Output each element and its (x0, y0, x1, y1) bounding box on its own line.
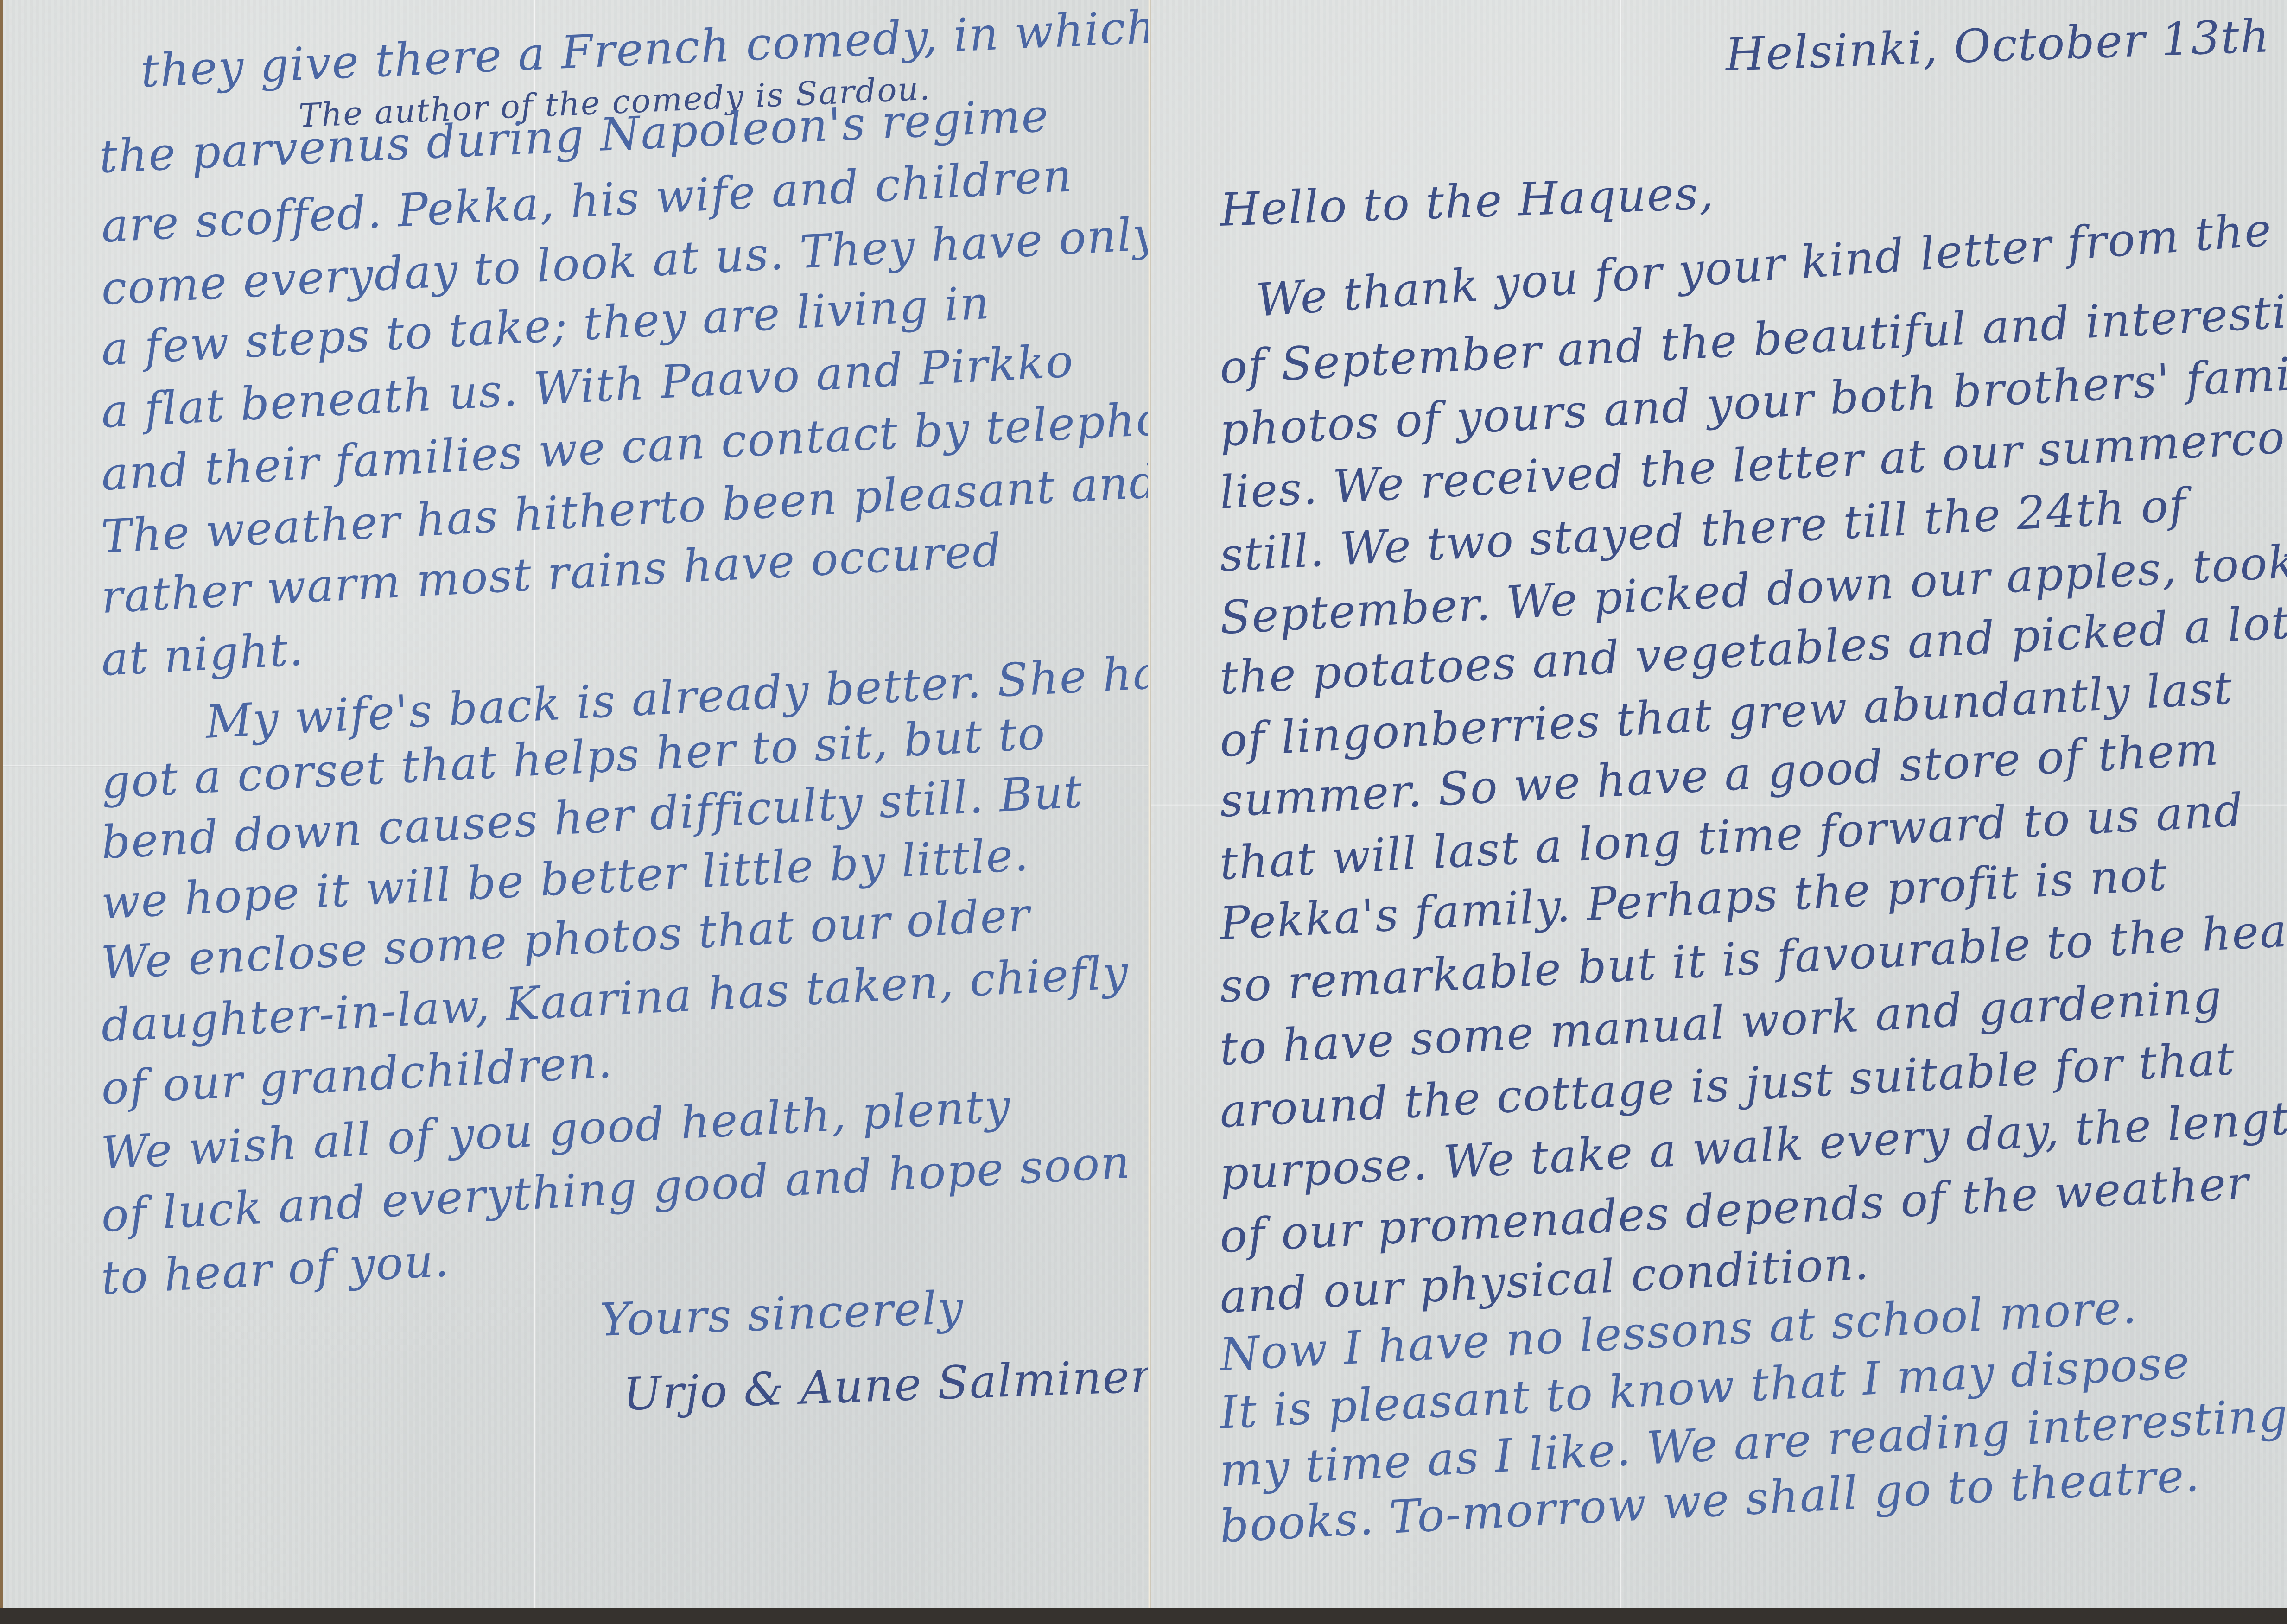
letter-line: at night. (100, 627, 305, 683)
letter-line: of our grandchildren. (100, 1039, 614, 1111)
letter-closing: Yours sincerely (599, 1285, 965, 1343)
signature: Urjo & Aune Salminen (623, 1353, 1162, 1417)
letter-line: to hear of you. (100, 1238, 451, 1301)
right-page: Helsinki, October 13th 1971. Hello to th… (1151, 0, 2287, 1608)
letter-line: they give there a French comedy, in whic… (140, 4, 1157, 94)
letter-salutation: Hello to the Haques, (1220, 171, 1715, 233)
letter-date: Helsinki, October 13th 1971. (1725, 8, 2287, 78)
page-seam (1148, 0, 1151, 1608)
scanner-background (0, 1608, 2287, 1624)
left-page: they give there a French comedy, in whic… (0, 0, 1153, 1608)
letter-scan: they give there a French comedy, in whic… (0, 0, 2287, 1624)
